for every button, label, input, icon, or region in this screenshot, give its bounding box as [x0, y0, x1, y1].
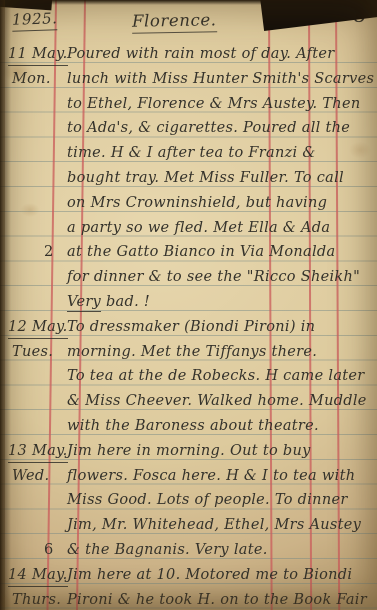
- diary-line: Tues.morning. Met the Tiffanys there.: [0, 343, 377, 368]
- line-text: Jim here in morning. Out to buy: [67, 442, 311, 460]
- diary-line: & Miss Cheever. Walked home. Muddle: [0, 392, 377, 417]
- line-text: flowers. Fosca here. H & I to tea with: [67, 467, 355, 485]
- line-text: Jim here at 10. Motored me to Biondi: [67, 566, 352, 584]
- line-text: with the Baroness about theatre.: [67, 417, 319, 435]
- line-text: Poured with rain most of day. After: [67, 45, 335, 63]
- line-text: to Ada's, & cigarettes. Poured all the: [67, 119, 350, 137]
- diary-line: Jim, Mr. Whitehead, Ethel, Mrs Austey: [0, 516, 377, 541]
- line-text: time. H & I after tea to Franzi &: [67, 144, 316, 162]
- diary-line: 12 May.To dressmaker (Biondi Pironi) in: [0, 318, 377, 343]
- diary-line: Mon.lunch with Miss Hunter Smith's Scarv…: [0, 70, 377, 95]
- diary-line: Wed.flowers. Fosca here. H & I to tea wi…: [0, 467, 377, 492]
- diary-line: with the Baroness about theatre.: [0, 417, 377, 442]
- diary-line: 2at the Gatto Bianco in Via Monalda: [0, 243, 377, 268]
- margin-number: 6: [44, 541, 54, 559]
- diary-line: 11 May.Poured with rain most of day. Aft…: [0, 45, 377, 70]
- line-text: & the Bagnanis. Very late.: [67, 541, 268, 559]
- line-text: Pironi & he took H. on to the Book Fair: [67, 591, 367, 609]
- entry-date-label: 13 May.: [8, 442, 68, 463]
- diary-line: Thurs.Pironi & he took H. on to the Book…: [0, 591, 377, 610]
- diary-line: Miss Good. Lots of people. To dinner: [0, 491, 377, 516]
- line-text: bought tray. Met Miss Fuller. To call: [67, 169, 344, 187]
- diary-entries: 11 May.Poured with rain most of day. Aft…: [0, 0, 377, 610]
- diary-line: time. H & I after tea to Franzi &: [0, 144, 377, 169]
- diary-line: for dinner & to see the "Ricco Sheikh": [0, 268, 377, 293]
- entry-day-label: Mon.: [12, 70, 51, 88]
- line-text: Jim, Mr. Whitehead, Ethel, Mrs Austey: [67, 516, 361, 534]
- line-text: morning. Met the Tiffanys there.: [67, 343, 317, 361]
- margin-number: 2: [44, 243, 54, 261]
- line-text: to Ethel, Florence & Mrs Austey. Then: [67, 95, 360, 113]
- diary-line: on Mrs Crowninshield, but having: [0, 194, 377, 219]
- line-text: on Mrs Crowninshield, but having: [67, 194, 327, 212]
- line-text: at the Gatto Bianco in Via Monalda: [67, 243, 335, 261]
- entry-date-label: 14 May.: [8, 566, 68, 587]
- diary-line: to Ada's, & cigarettes. Poured all the: [0, 119, 377, 144]
- entry-day-label: Thurs.: [12, 591, 61, 609]
- line-text: Very bad. !: [67, 293, 150, 311]
- underlined-word: Very: [67, 294, 101, 312]
- diary-line: To tea at the de Robecks. H came later: [0, 367, 377, 392]
- diary-line: 14 May.Jim here at 10. Motored me to Bio…: [0, 566, 377, 591]
- diary-line: 6& the Bagnanis. Very late.: [0, 541, 377, 566]
- line-text: Miss Good. Lots of people. To dinner: [67, 491, 348, 509]
- entry-date-label: 12 May.: [8, 318, 68, 339]
- line-text: for dinner & to see the "Ricco Sheikh": [67, 268, 360, 286]
- line-text: a party so we fled. Met Ella & Ada: [67, 219, 330, 237]
- diary-line: to Ethel, Florence & Mrs Austey. Then: [0, 95, 377, 120]
- line-text: lunch with Miss Hunter Smith's Scarves: [67, 70, 374, 88]
- line-text: To dressmaker (Biondi Pironi) in: [67, 318, 315, 336]
- diary-line: a party so we fled. Met Ella & Ada: [0, 219, 377, 244]
- entry-day-label: Wed.: [12, 467, 49, 485]
- diary-page: 1925. Florence. 8 11 May.Poured with rai…: [0, 0, 377, 610]
- diary-line: bought tray. Met Miss Fuller. To call: [0, 169, 377, 194]
- line-text: To tea at the de Robecks. H came later: [67, 367, 365, 385]
- diary-line: 13 May.Jim here in morning. Out to buy: [0, 442, 377, 467]
- diary-line: Very bad. !: [0, 293, 377, 318]
- entry-date-label: 11 May.: [8, 45, 68, 66]
- line-text: & Miss Cheever. Walked home. Muddle: [67, 392, 367, 410]
- entry-day-label: Tues.: [12, 343, 53, 361]
